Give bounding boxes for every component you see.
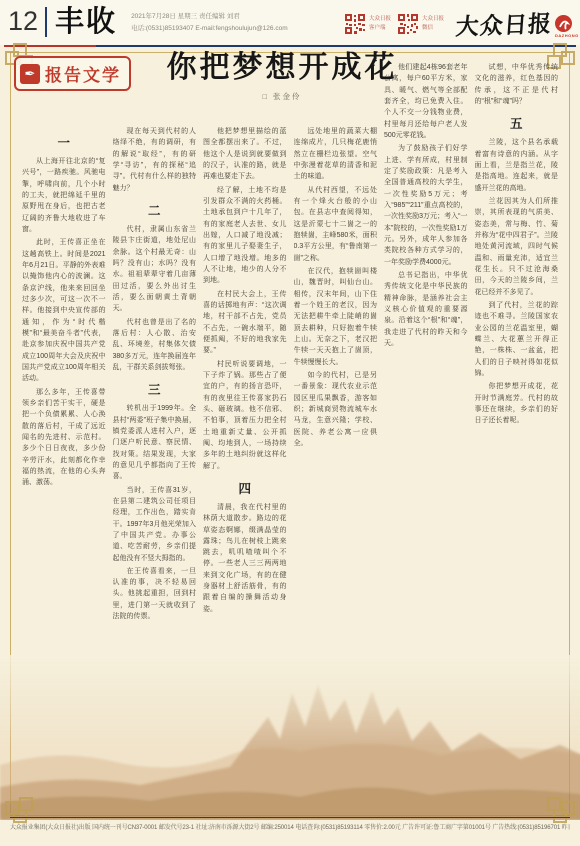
body-paragraph: 此时，王传喜正坐在这趟高铁上。时间是2021年6月21日。平静的外表难以掩饰他内…	[22, 237, 106, 384]
body-paragraph: 代村，隶属山东省兰陵县卞庄街道，地处尼山余脉。这个村最无奇：山吗？没有山；水吗？…	[113, 224, 197, 315]
body-paragraph: 总书记指出，中华优秀传统文化是中华民族的精神命脉，是涵养社会主义核心价值观的重要…	[384, 270, 468, 349]
body-paragraph: 村民听说要调地，一下子炸了锅。那些占了便宜的户，有的扬言恐吓，有的夜里往王传喜家…	[203, 359, 287, 472]
masthead-calligraphy: 大众日报	[455, 5, 554, 41]
body-paragraph: 从代村西望，不远处有一个烽火台般的小山包。在县志中查阅得知，这是沂蒙七十二崮之一…	[294, 185, 378, 264]
section-title: 丰收	[55, 3, 117, 41]
body-paragraph: 从上海开往北京的“复兴号”，一路疾驰。风驰电掣，呼啸向前，几个小时的工夫，就把绵…	[22, 156, 106, 235]
qr-code-app: 大众日报客户端	[344, 13, 391, 35]
body-paragraph: 在村民大会上，王传喜的话掷地有声：“这次调地，村干部不占先，党员不占先，一碗水端…	[203, 289, 287, 357]
qr-label: 大众日报客户端	[369, 15, 391, 32]
logo-subtext: DAZHONG	[555, 33, 572, 38]
dazhong-logo-icon: DAZHONG	[555, 15, 572, 32]
publisher-info: 大众报业集团(大众日报社)出版 国内统一刊号CN37-0001 邮发代号23-1…	[10, 822, 570, 831]
section-marker: 四	[203, 479, 287, 497]
section-marker: 二	[113, 201, 197, 219]
body-paragraph: 他把梦想里描绘的蓝图全都摆出来了。不过，他这个人是说到就要做到的汉子，认准的路，…	[203, 126, 287, 183]
page-body: ✒ 报告文学 你把梦想开成花 □ 张金伶 一从上海开往北京的“复兴号”，一路疾驰…	[10, 46, 570, 846]
section-marker: 五	[475, 114, 559, 132]
body-paragraph: 兰花因其为人们所推崇，其所表现的气质美、姿态美，常与梅、竹、菊并称为“花中四君子…	[475, 196, 559, 298]
body-paragraph: 转机出于1999年。全县村“两委”班子集中换届，镇党委派人进村入户，逐门逐户听民…	[113, 403, 197, 482]
text-column: 他把梦想里描绘的蓝图全都摆出来了。不过，他这个人是说到就要做到的汉子，认准的路，…	[203, 62, 287, 800]
body-paragraph: 清晨，我在代村里的林荫大道散步。路边的花草姿态婀娜，缀满晶莹的露珠；鸟儿在树枝上…	[203, 502, 287, 615]
contact-line: 电话:(0531)85193407 E-mail:fengshoulujun@1…	[131, 23, 288, 35]
body-paragraph: 远处地里的蔬菜大棚连绵成片，几只梅花鹿悄然立在栅栏边张望。空气中弥漫着花草的清香…	[294, 126, 378, 183]
text-column: 他们建起4栋96套老年公寓，每户60平方米，家具、暖气、燃气等全部配套齐全，均已…	[384, 62, 468, 800]
article-header: ✒ 报告文学 你把梦想开成花 □ 张金伶	[10, 46, 406, 108]
body-paragraph: 在汉代，抱犊崮叫楼山，魏晋时，叫仙台山。相传，汉末年间，山下住着一个姓王的老汉，…	[294, 266, 378, 368]
page-header: 12 丰收 2021年7月28日 星期三 责任编辑 刘君 电话:(0531)85…	[0, 0, 580, 45]
header-right: 大众日报客户端 大众日报微信	[344, 3, 572, 40]
body-paragraph: 到了代村，兰花的踪迹也不难寻。兰陵国家农业公园的兰花温室里，蝴蝶兰、大花蕙兰开得…	[475, 300, 559, 379]
article-columns: 一从上海开往北京的“复兴号”，一路疾驰。风驰电掣，呼啸向前，几个小时的工夫，就把…	[22, 62, 558, 800]
date-line: 2021年7月28日 星期三 责任编辑 刘君	[131, 11, 288, 23]
qr-label: 大众日报微信	[422, 15, 444, 32]
body-paragraph: 在王传喜看来，一旦认准的事，决不轻易回头。他挑起重担，回到村里，进门第一天就收到…	[113, 566, 197, 623]
pen-icon: ✒	[20, 64, 40, 84]
body-paragraph: 现在每天到代村的人络绎不绝，有的调研，有的解说“取经”，有的研学“寻访”，有的探…	[113, 126, 197, 194]
body-paragraph: 经了解，土地不均是引发群众不满的火药桶。土地承包到户十几年了，有的家庭老人去世、…	[203, 185, 287, 287]
body-paragraph: 代村也曾是出了名的落后村：人心散、治安乱、环境差，村集体欠债380多万元，连年换…	[113, 317, 197, 374]
qr-icon	[397, 13, 419, 35]
article-byline: □ 张金伶	[158, 91, 406, 102]
body-paragraph: 兰陵，这个县名承载着富有诗意的内涵。从字面上看，兰是指兰花，陵是指高地。连起来，…	[475, 137, 559, 194]
section-marker: 一	[22, 133, 106, 151]
body-paragraph: 那么多年，王传喜带领乡亲们苦干实干，硬是把一个负债累累、人心涣散的落后村，干成了…	[22, 387, 106, 489]
text-column: 现在每天到代村的人络绎不绝，有的调研，有的解说“取经”，有的研学“寻访”，有的探…	[113, 62, 197, 800]
newspaper-page: { "colors":{"accent_red":"#bf3a2b","head…	[0, 0, 580, 846]
qr-code-wechat: 大众日报微信	[397, 13, 444, 35]
masthead: 大众日报 DAZHONG	[456, 7, 572, 40]
body-paragraph: 你把梦想开成花，花开时节满庭芳。代村的故事还在继续，乡亲们的好日子还长着呢。	[475, 381, 559, 426]
text-column: 一从上海开往北京的“复兴号”，一路疾驰。风驰电掣，呼啸向前，几个小时的工夫，就把…	[22, 62, 106, 800]
genre-stamp: ✒ 报告文学	[14, 56, 131, 91]
header-divider	[45, 7, 47, 37]
page-footer: 大众报业集团(大众日报社)出版 国内统一刊号CN37-0001 邮发代号23-1…	[10, 817, 570, 846]
edition-info: 2021年7月28日 星期三 责任编辑 刘君 电话:(0531)85193407…	[131, 3, 288, 34]
article-title: 你把梦想开成花	[158, 50, 406, 86]
body-paragraph: 当时，王传喜31岁，在县第二建筑公司任项目经理，工作出色，踏实肯干。1997年3…	[113, 485, 197, 564]
text-column: 远处地里的蔬菜大棚连绵成片，几只梅花鹿悄然立在栅栏边张望。空气中弥漫着花草的清香…	[294, 62, 378, 800]
text-column: 试想，中华优秀传统文化的滋养，红色基因的传承，这不正是代村的“根”和“魂”吗？五…	[475, 62, 559, 800]
page-number: 12	[6, 3, 45, 39]
qr-icon	[344, 13, 366, 35]
body-paragraph: 为了鼓励孩子们好学上进、学有所成，村里制定了奖励政策：凡是考入全国普通高校的大学…	[384, 143, 468, 268]
body-paragraph: 如今的代村，已是另一番景象：现代农业示范园区里瓜果飘香，游客如织；新城商贸物流城…	[294, 370, 378, 449]
body-paragraph: 试想，中华优秀传统文化的滋养，红色基因的传承，这不正是代村的“根”和“魂”吗？	[475, 62, 559, 107]
section-marker: 三	[113, 380, 197, 398]
genre-stamp-label: 报告文学	[45, 61, 121, 86]
